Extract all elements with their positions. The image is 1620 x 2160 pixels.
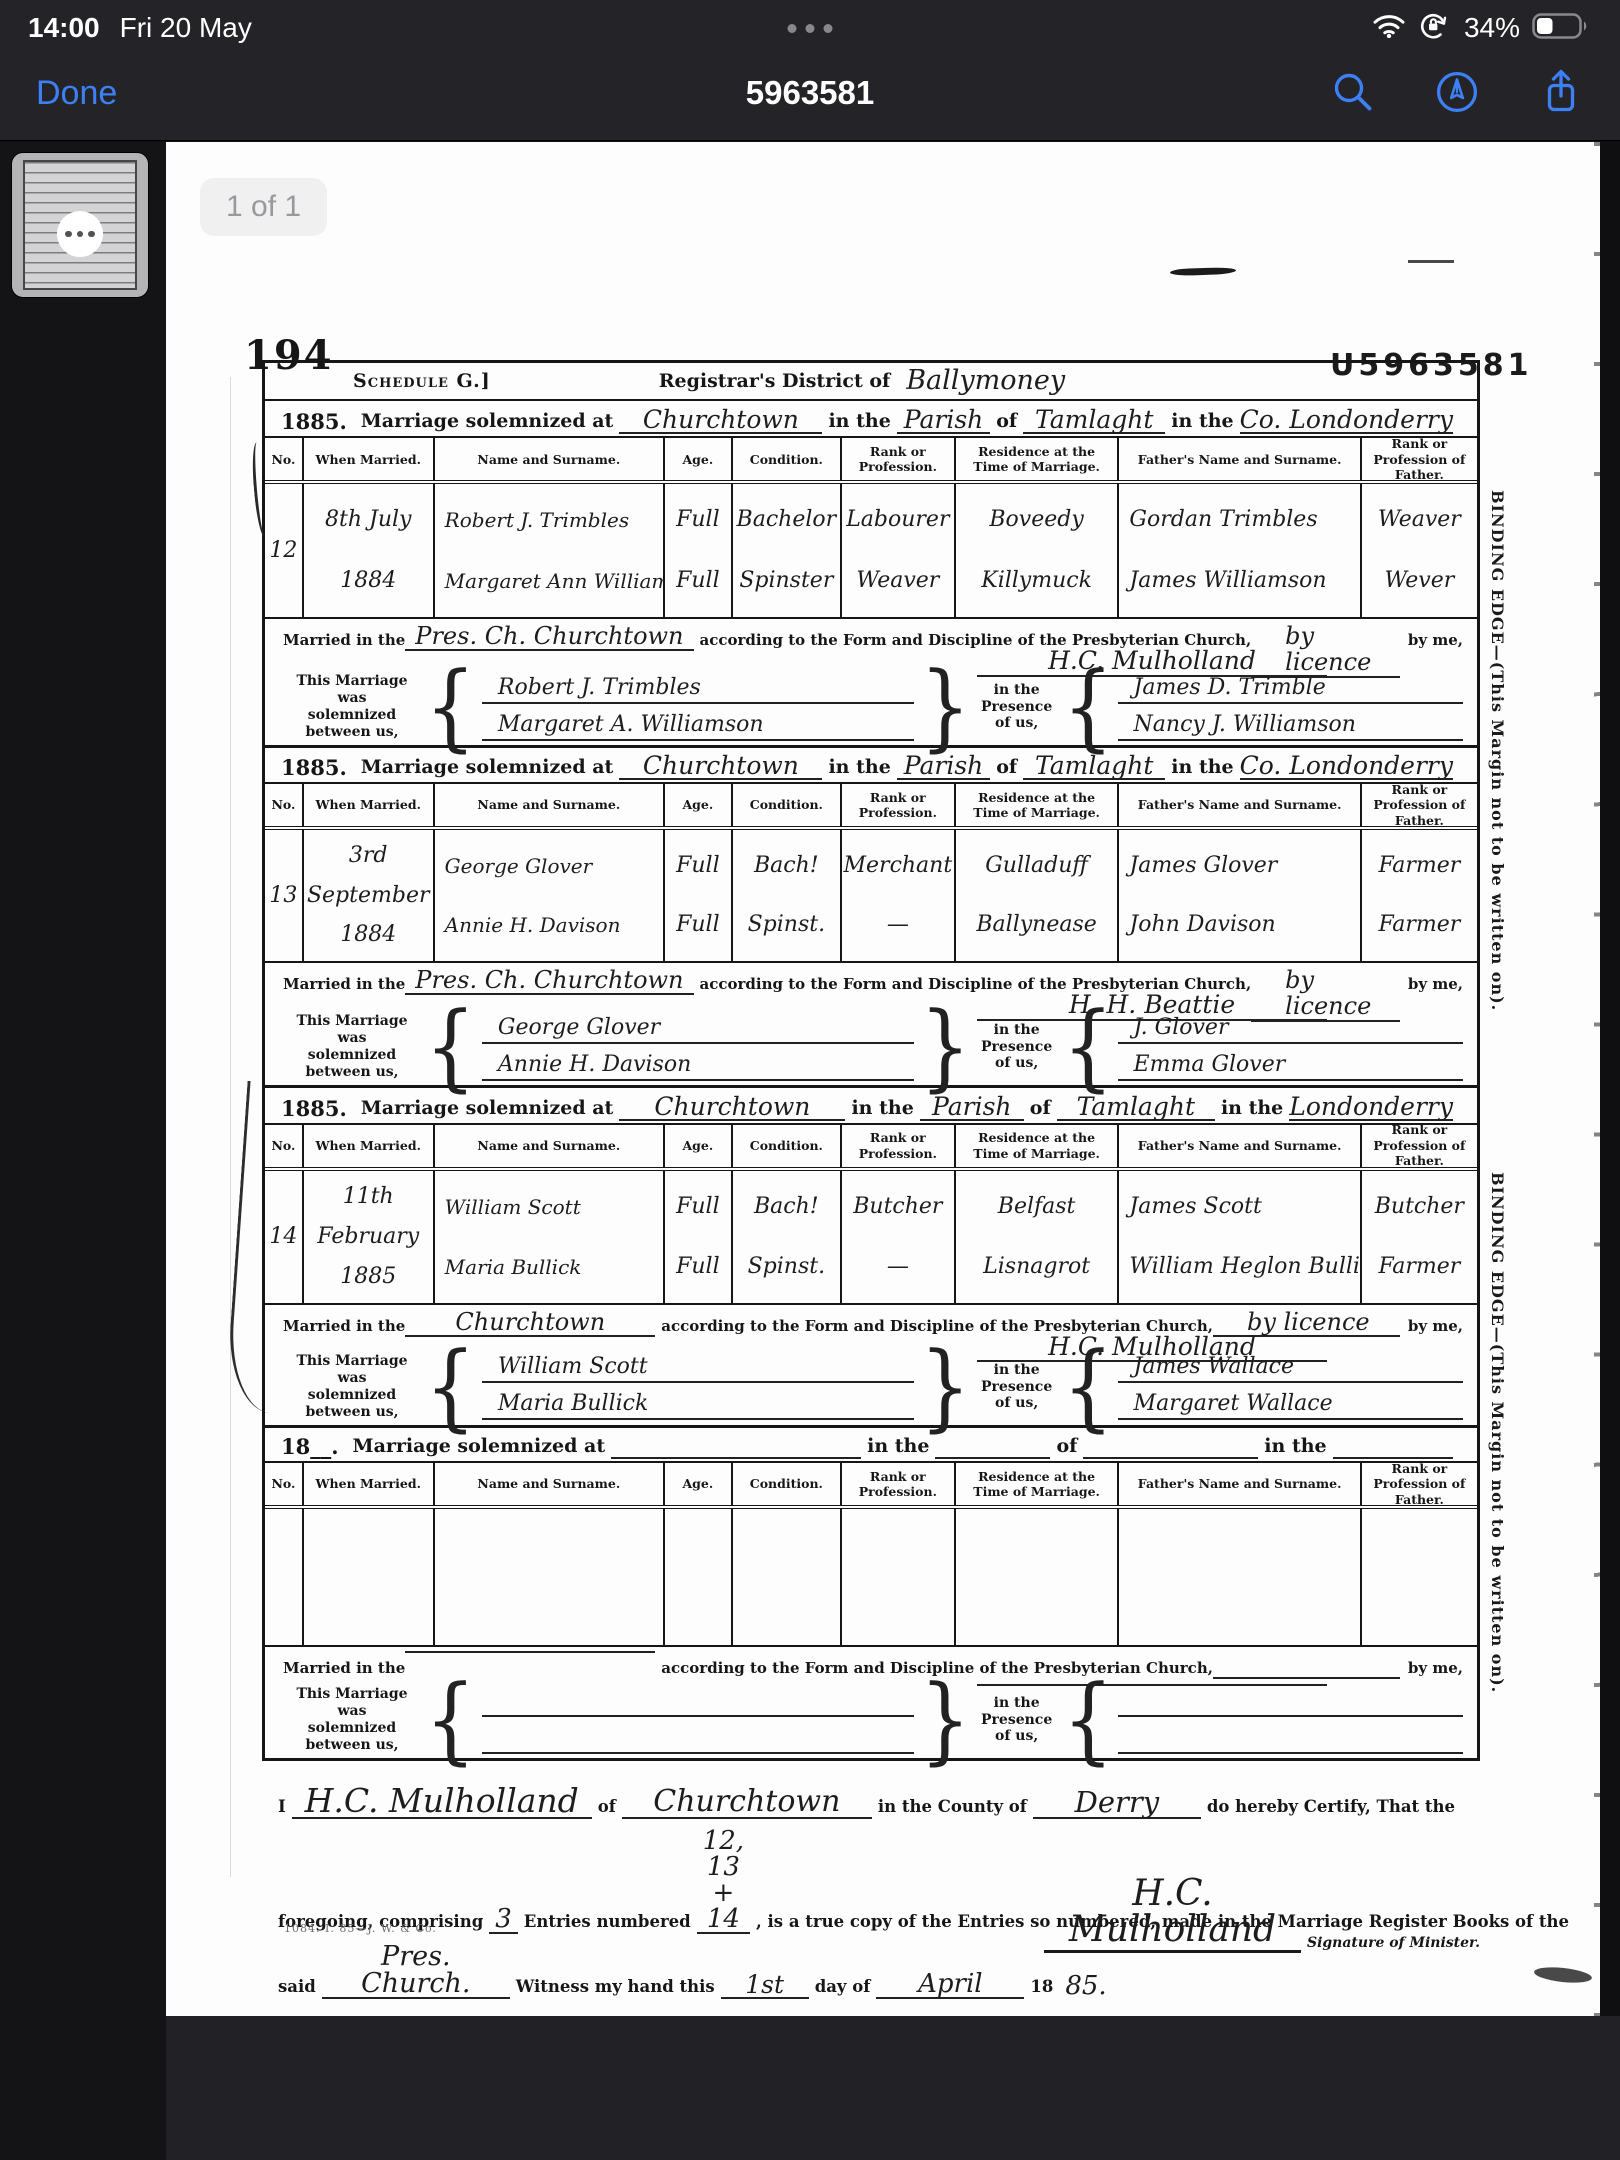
column-header-row: No. When Married. Name and Surname. Age.… xyxy=(265,784,1477,830)
battery-percent: 34% xyxy=(1464,12,1520,44)
col-no: No. xyxy=(265,784,304,826)
cert-entry-numbers: 12, 13 + 14 xyxy=(697,1828,750,1934)
cell-line: 1884 xyxy=(340,570,396,592)
column-header-row: No. When Married. Name and Surname. Age.… xyxy=(265,1463,1477,1509)
cert-label: day of xyxy=(815,1977,871,1999)
col-residence: Residence at the Time of Marriage. xyxy=(956,1125,1120,1167)
cell-names: William Scott Maria Bullick xyxy=(435,1171,665,1303)
in-the-label: in the xyxy=(851,1097,913,1121)
col-age: Age. xyxy=(665,438,733,480)
district-label: Registrar's District of xyxy=(659,370,891,392)
cell-professions: Labourer Weaver xyxy=(842,484,956,617)
screen: 14:00 Fri 20 May 34% Done 5963581 xyxy=(0,0,1620,2160)
cell-line: Wever xyxy=(1384,570,1454,592)
presence-label: in thePresenceof us, xyxy=(971,673,1063,741)
cell-line: Gulladuff xyxy=(985,855,1088,877)
cell-line: Killymuck xyxy=(981,570,1092,592)
col-residence: Residence at the Time of Marriage. xyxy=(956,1463,1120,1505)
column-header-row: No. When Married. Name and Surname. Age.… xyxy=(265,1125,1477,1171)
cell-line: William Scott xyxy=(445,1197,581,1217)
col-when: When Married. xyxy=(304,784,435,826)
in-the-label: in the xyxy=(828,410,890,434)
cert-minister-name: H.C. Mulholland xyxy=(292,1784,592,1819)
witness-signature xyxy=(1118,1687,1463,1717)
cert-label: do hereby Certify, That the xyxy=(1207,1797,1455,1819)
entry-row: 12 8th July 1884 Robert J. Trimbles Marg… xyxy=(265,484,1477,619)
brace: { xyxy=(1063,667,1114,747)
col-condition: Condition. xyxy=(733,784,842,826)
col-condition: Condition. xyxy=(733,438,842,480)
cell-line: Bachelor xyxy=(737,509,837,531)
solemnized-label: Marriage solemnized at xyxy=(361,410,614,434)
cell-line: Full xyxy=(676,1196,720,1218)
col-rank: Rank or Profession. xyxy=(842,1463,956,1505)
groom-signature: Robert J. Trimbles xyxy=(482,674,914,704)
witness-signature: James D. Trimble xyxy=(1118,674,1463,704)
thumbnail-panel xyxy=(0,142,166,2160)
cell-line: 3rd xyxy=(349,845,388,867)
col-no: No. xyxy=(265,438,304,480)
cell-line: 8th July xyxy=(325,509,411,531)
bottom-strip xyxy=(166,2016,1620,2160)
cert-county: Derry xyxy=(1033,1788,1201,1819)
col-rank-father: Rank or Profession of Father. xyxy=(1362,438,1477,480)
cell-line: Full xyxy=(676,570,720,592)
married-in-label: Married in the xyxy=(283,1309,405,1335)
cell-father-professions: Butcher Farmer xyxy=(1362,1171,1477,1303)
scan-artifact xyxy=(1170,267,1236,276)
cell-line: Farmer xyxy=(1378,914,1460,936)
col-rank: Rank or Profession. xyxy=(842,1125,956,1167)
binding-edge-note: BINDING EDGE—(This Margin not to be writ… xyxy=(1488,1172,1507,1693)
entry-row-blank xyxy=(265,1509,1477,1647)
scan-artifact xyxy=(1533,1965,1592,1985)
brace: } xyxy=(920,1347,971,1427)
cell-when: 8th July 1884 xyxy=(304,484,435,617)
cell-line: — xyxy=(887,914,909,936)
officiant-signature: H. H. Beattie xyxy=(977,991,1327,1021)
col-name: Name and Surname. xyxy=(435,438,665,480)
cell-father-professions: Farmer Farmer xyxy=(1362,830,1477,961)
cert-label: in the County of xyxy=(878,1797,1027,1819)
in-the-label: in the xyxy=(1171,410,1233,434)
cell-line: Spinst. xyxy=(748,1256,825,1278)
cell-line: James Glover xyxy=(1129,855,1277,877)
col-father: Father's Name and Surname. xyxy=(1119,438,1361,480)
search-icon xyxy=(1330,103,1376,118)
battery-icon xyxy=(1532,12,1592,45)
printer-imprint: 1084. I. 85—J. W. & Co. xyxy=(284,1922,437,1935)
cert-year: 85. xyxy=(1059,1973,1123,1999)
cert-label: of xyxy=(598,1797,616,1819)
cell-line: Full xyxy=(676,914,720,936)
brace: { xyxy=(425,1347,476,1427)
in-the-label: in the xyxy=(1221,1097,1283,1121)
bride-signature xyxy=(482,1724,914,1754)
cell-line: James Williamson xyxy=(1129,570,1326,592)
cell-professions: Merchant — xyxy=(842,830,956,961)
married-in-label: Married in the xyxy=(283,1651,405,1677)
cell-residences: Belfast Lisnagrot xyxy=(956,1171,1120,1303)
brace: { xyxy=(1063,1680,1114,1760)
this-marriage-label: This Marriagewassolemnizedbetween us, xyxy=(279,1353,425,1421)
cell-line: Spinster xyxy=(739,570,833,592)
status-bar: 14:00 Fri 20 May 34% xyxy=(0,0,1620,46)
groom-signature xyxy=(482,1687,914,1717)
minister-signature-block: H.C. Mulholland Signature of Minister. xyxy=(1044,1876,1480,1953)
by-me-label: by me, xyxy=(1408,1651,1463,1677)
column-header-row: No. When Married. Name and Surname. Age.… xyxy=(265,438,1477,484)
cell-ages: Full Full xyxy=(665,830,733,961)
parish-name-value xyxy=(1083,1457,1258,1459)
cell-line: Merchant xyxy=(844,855,953,877)
entry-row: 14 11th February 1885 William Scott Mari… xyxy=(265,1171,1477,1305)
couple-signatures: William Scott Maria Bullick xyxy=(476,1353,920,1421)
top-chrome: 14:00 Fri 20 May 34% Done 5963581 xyxy=(0,0,1620,141)
solemnized-row: 1885. Marriage solemnized at Churchtown … xyxy=(265,401,1477,439)
binding-edge-note: BINDING EDGE—(This Margin not to be writ… xyxy=(1488,490,1507,1011)
couple-signatures xyxy=(476,1686,920,1754)
cell-line: Boveedy xyxy=(989,509,1083,531)
cell-fathers: James Glover John Davison xyxy=(1119,830,1361,961)
in-the-label: in the xyxy=(1264,1435,1326,1459)
cell-father-professions: Weaver Wever xyxy=(1362,484,1477,617)
officiant-signature: H.C. Mulholland xyxy=(977,1333,1327,1363)
page-indicator: 1 of 1 xyxy=(200,178,327,236)
entry-row: 13 3rd September 1884 George Glover Anni… xyxy=(265,830,1477,963)
col-residence: Residence at the Time of Marriage. xyxy=(956,438,1120,480)
brace: } xyxy=(920,1680,971,1760)
wifi-icon xyxy=(1372,13,1406,43)
cell-line: Bach! xyxy=(754,1196,819,1218)
cell-line: Robert J. Trimbles xyxy=(445,510,629,530)
parish-value: Parish xyxy=(897,407,990,434)
col-rank: Rank or Profession. xyxy=(842,438,956,480)
col-condition: Condition. xyxy=(733,1125,842,1167)
place-value: Churchtown xyxy=(619,753,822,780)
year: 1885. xyxy=(281,755,347,780)
parish-value xyxy=(935,1457,1050,1459)
cell-line: Full xyxy=(676,1256,720,1278)
cell-line: Weaver xyxy=(856,570,939,592)
status-date: Fri 20 May xyxy=(120,12,252,44)
cell-line: 1884 xyxy=(340,924,396,946)
col-rank-father: Rank or Profession of Father. xyxy=(1362,1463,1477,1505)
col-name: Name and Surname. xyxy=(435,784,665,826)
married-in-value xyxy=(405,1651,655,1653)
cell-fathers: Gordan Trimbles James Williamson xyxy=(1119,484,1361,617)
markup-button[interactable] xyxy=(1434,69,1480,118)
solemnized-row: 1885. Marriage solemnized at Churchtown … xyxy=(265,1088,1477,1125)
cell-line: James Scott xyxy=(1129,1196,1261,1218)
cert-label: I xyxy=(278,1797,286,1819)
nav-bar: Done 5963581 xyxy=(0,46,1620,140)
year: 1885. xyxy=(281,409,347,434)
witness-signatures xyxy=(1114,1686,1467,1754)
solemnized-between-row: This Marriagewassolemnizedbetween us, { … xyxy=(265,1013,1477,1085)
scan-edge-shadow xyxy=(1594,142,1600,2016)
cell-line: September xyxy=(307,885,430,907)
by-me-label: by me, xyxy=(1408,967,1463,993)
parish-name-value: Tamlaght xyxy=(1057,1094,1215,1121)
place-value xyxy=(611,1457,861,1459)
county-value: Co. Londonderry xyxy=(1240,753,1453,780)
solemnized-row: 18__. Marriage solemnized at in the of i… xyxy=(265,1428,1477,1463)
cert-day: 1st xyxy=(721,1972,809,1999)
document-title: 5963581 xyxy=(746,74,874,112)
of-label: of xyxy=(1056,1435,1077,1459)
cell-when: 3rd September 1884 xyxy=(304,830,435,961)
presence-label: in thePresenceof us, xyxy=(971,1353,1063,1421)
rotation-lock-icon xyxy=(1418,11,1448,46)
cell-line: John Davison xyxy=(1129,914,1275,936)
register-section-1: Schedule G.] Registrar's District of Bal… xyxy=(265,363,1477,748)
in-the-label: in the xyxy=(867,1435,929,1459)
witness-signatures: James Wallace Margaret Wallace xyxy=(1114,1353,1467,1421)
parish-name-value: Tamlaght xyxy=(1023,407,1165,434)
parish-value: Parish xyxy=(897,753,990,780)
cell-line: Weaver xyxy=(1378,509,1461,531)
cell-line: Belfast xyxy=(998,1196,1076,1218)
cell-line: William Heglon Bullick xyxy=(1129,1256,1361,1278)
officiant-signature xyxy=(977,1659,1327,1686)
couple-signatures: George Glover Annie H. Davison xyxy=(476,1013,920,1081)
schedule-label: Schedule G.] xyxy=(353,370,491,392)
this-marriage-label: This Marriagewassolemnizedbetween us, xyxy=(279,673,425,741)
cert-label: Entries numbered xyxy=(524,1912,691,1934)
entry-number: 13 xyxy=(269,885,297,907)
cell-line: Annie H. Davison xyxy=(445,915,621,935)
col-when: When Married. xyxy=(304,1463,435,1505)
brace: } xyxy=(920,667,971,747)
col-father: Father's Name and Surname. xyxy=(1119,784,1361,826)
county-value: Co. Londonderry xyxy=(1240,407,1453,434)
cell-line: Labourer xyxy=(846,509,949,531)
cell-line: Butcher xyxy=(1375,1196,1464,1218)
solemnized-label: Marriage solemnized at xyxy=(361,756,614,780)
col-rank-father: Rank or Profession of Father. xyxy=(1362,784,1477,826)
groom-signature: William Scott xyxy=(482,1353,914,1383)
col-when: When Married. xyxy=(304,438,435,480)
married-in-label: Married in the xyxy=(283,623,405,649)
solemnized-between-row: This Marriagewassolemnizedbetween us, { … xyxy=(265,673,1477,745)
cell-line: 1885 xyxy=(340,1266,396,1288)
solemnized-between-row: This Marriagewassolemnizedbetween us, { … xyxy=(265,1353,1477,1425)
schedule-box: Schedule G.] Registrar's District of Bal… xyxy=(262,360,1480,1761)
witness-signatures: J. Glover Emma Glover xyxy=(1114,1013,1467,1081)
cell-line: — xyxy=(887,1256,909,1278)
col-when: When Married. xyxy=(304,1125,435,1167)
page-thumbnail[interactable] xyxy=(11,152,149,298)
col-condition: Condition. xyxy=(733,1463,842,1505)
schedule-row: Schedule G.] Registrar's District of Bal… xyxy=(265,363,1477,401)
cell-line: Lisnagrot xyxy=(983,1256,1090,1278)
bride-signature: Margaret A. Williamson xyxy=(482,711,914,741)
solemnized-label: Marriage solemnized at xyxy=(361,1097,614,1121)
entry-number: 12 xyxy=(269,540,297,562)
couple-signatures: Robert J. Trimbles Margaret A. Williamso… xyxy=(476,673,920,741)
cell-line: Farmer xyxy=(1378,1256,1460,1278)
markup-pen-icon xyxy=(1434,103,1480,118)
cell-names: George Glover Annie H. Davison xyxy=(435,830,665,961)
in-the-label: in the xyxy=(1171,756,1233,780)
thumbnail-more-button[interactable] xyxy=(57,211,103,257)
brace: { xyxy=(425,667,476,747)
col-residence: Residence at the Time of Marriage. xyxy=(956,784,1120,826)
register-section-2: 1885. Marriage solemnized at Churchtown … xyxy=(265,748,1477,1088)
by-me-label: by me, xyxy=(1408,623,1463,649)
col-father: Father's Name and Surname. xyxy=(1119,1463,1361,1505)
bride-signature: Annie H. Davison xyxy=(482,1051,914,1081)
cell-conditions: Bach! Spinst. xyxy=(733,1171,842,1303)
parish-value: Parish xyxy=(920,1094,1024,1121)
col-age: Age. xyxy=(665,1125,733,1167)
witness-signatures: James D. Trimble Nancy J. Williamson xyxy=(1114,673,1467,741)
place-value: Churchtown xyxy=(619,407,822,434)
of-label: of xyxy=(1030,1097,1051,1121)
cell-line: George Glover xyxy=(445,856,593,876)
solemnized-between-row: This Marriagewassolemnizedbetween us, { … xyxy=(265,1686,1477,1758)
cell-line: February xyxy=(317,1226,419,1248)
cert-entry-count: 3 xyxy=(489,1906,518,1934)
status-time: 14:00 xyxy=(28,12,100,44)
cell-residences: Gulladuff Ballynease xyxy=(956,830,1120,961)
minister-signature: H.C. Mulholland xyxy=(1044,1876,1301,1953)
cell-line: Butcher xyxy=(853,1196,942,1218)
cert-label: 18 xyxy=(1030,1977,1053,1999)
cell-residences: Boveedy Killymuck xyxy=(956,484,1120,617)
brace: } xyxy=(920,1007,971,1087)
married-in-label: Married in the xyxy=(283,967,405,993)
col-name: Name and Surname. xyxy=(435,1125,665,1167)
this-marriage-label: This Marriagewassolemnizedbetween us, xyxy=(279,1686,425,1754)
county-value xyxy=(1333,1457,1453,1459)
solemnized-label: Marriage solemnized at xyxy=(353,1435,606,1459)
cell-line: Full xyxy=(676,509,720,531)
cell-line: Ballynease xyxy=(976,914,1096,936)
search-button[interactable] xyxy=(1330,69,1376,118)
cert-church: Pres. Church. xyxy=(322,1943,510,1999)
married-in-value: Pres. Ch. Churchtown xyxy=(405,623,693,651)
fold-line xyxy=(230,377,231,1877)
cell-line: Farmer xyxy=(1378,855,1460,877)
cell-professions: Butcher — xyxy=(842,1171,956,1303)
ellipsis-icon xyxy=(65,231,95,238)
cell-line: Full xyxy=(676,855,720,877)
col-rank: Rank or Profession. xyxy=(842,784,956,826)
cell-names: Robert J. Trimbles Margaret Ann Williams… xyxy=(435,484,665,617)
col-age: Age. xyxy=(665,1463,733,1505)
cell-ages: Full Full xyxy=(665,1171,733,1303)
brace: { xyxy=(425,1007,476,1087)
done-button[interactable]: Done xyxy=(36,74,117,113)
witness-signature: Nancy J. Williamson xyxy=(1118,711,1463,741)
district-value: Ballymoney xyxy=(906,367,1065,394)
witness-signature: Emma Glover xyxy=(1118,1051,1463,1081)
cell-line: 11th xyxy=(343,1186,394,1208)
cell-line: Spinst. xyxy=(748,914,825,936)
county-value: Londonderry xyxy=(1289,1094,1453,1121)
scan-artifact xyxy=(1408,260,1454,263)
signature-of-minister-label: Signature of Minister. xyxy=(1307,1935,1480,1953)
cert-label: Witness my hand this xyxy=(516,1977,715,1999)
cell-conditions: Bach! Spinst. xyxy=(733,830,842,961)
col-father: Father's Name and Surname. xyxy=(1119,1125,1361,1167)
witness-signature: Margaret Wallace xyxy=(1118,1390,1463,1420)
parish-name-value: Tamlaght xyxy=(1023,753,1165,780)
share-icon xyxy=(1538,106,1584,121)
by-me-label: by me, xyxy=(1408,1309,1463,1335)
col-rank-father: Rank or Profession of Father. xyxy=(1362,1125,1477,1167)
of-label: of xyxy=(996,410,1017,434)
register-section-3: 1885. Marriage solemnized at Churchtown … xyxy=(265,1088,1477,1428)
share-button[interactable] xyxy=(1538,66,1584,121)
groom-signature: George Glover xyxy=(482,1014,914,1044)
in-the-label: in the xyxy=(828,756,890,780)
cell-line: Maria Bullick xyxy=(445,1257,582,1277)
col-no: No. xyxy=(265,1463,304,1505)
witness-signature xyxy=(1118,1724,1463,1754)
certification-line-1: I H.C. Mulholland of Churchtown in the C… xyxy=(278,1784,1484,1819)
presence-label: in thePresenceof us, xyxy=(971,1686,1063,1754)
brace: { xyxy=(425,1680,476,1760)
cell-ages: Full Full xyxy=(665,484,733,617)
document-page-view[interactable]: 1 of 1 194 U5963581 BINDING EDGE—(This M… xyxy=(166,142,1600,2016)
cert-month: April xyxy=(876,1971,1024,1999)
scanned-register: 194 U5963581 BINDING EDGE—(This Margin n… xyxy=(166,142,1600,2016)
place-value: Churchtown xyxy=(619,1094,845,1121)
cell-line: Margaret Ann Williamson xyxy=(445,571,665,591)
this-marriage-label: This Marriagewassolemnizedbetween us, xyxy=(279,1013,425,1081)
col-name: Name and Surname. xyxy=(435,1463,665,1505)
cell-conditions: Bachelor Spinster xyxy=(733,484,842,617)
col-age: Age. xyxy=(665,784,733,826)
cert-label: said xyxy=(278,1977,316,1999)
cell-line: Bach! xyxy=(754,855,819,877)
of-label: of xyxy=(996,756,1017,780)
register-section-4-blank: 18__. Marriage solemnized at in the of i… xyxy=(265,1428,1477,1758)
app-switcher-dots-icon xyxy=(788,24,833,33)
cell-line: Gordan Trimbles xyxy=(1129,509,1317,531)
bride-signature: Maria Bullick xyxy=(482,1390,914,1420)
cell-when: 11th February 1885 xyxy=(304,1171,435,1303)
officiant-signature: H.C. Mulholland xyxy=(977,647,1327,677)
presence-label: in thePresenceof us, xyxy=(971,1013,1063,1081)
year: 18__. xyxy=(281,1434,339,1459)
cert-place: Churchtown xyxy=(622,1787,872,1819)
solemnized-row: 1885. Marriage solemnized at Churchtown … xyxy=(265,748,1477,784)
cell-fathers: James Scott William Heglon Bullick xyxy=(1119,1171,1361,1303)
